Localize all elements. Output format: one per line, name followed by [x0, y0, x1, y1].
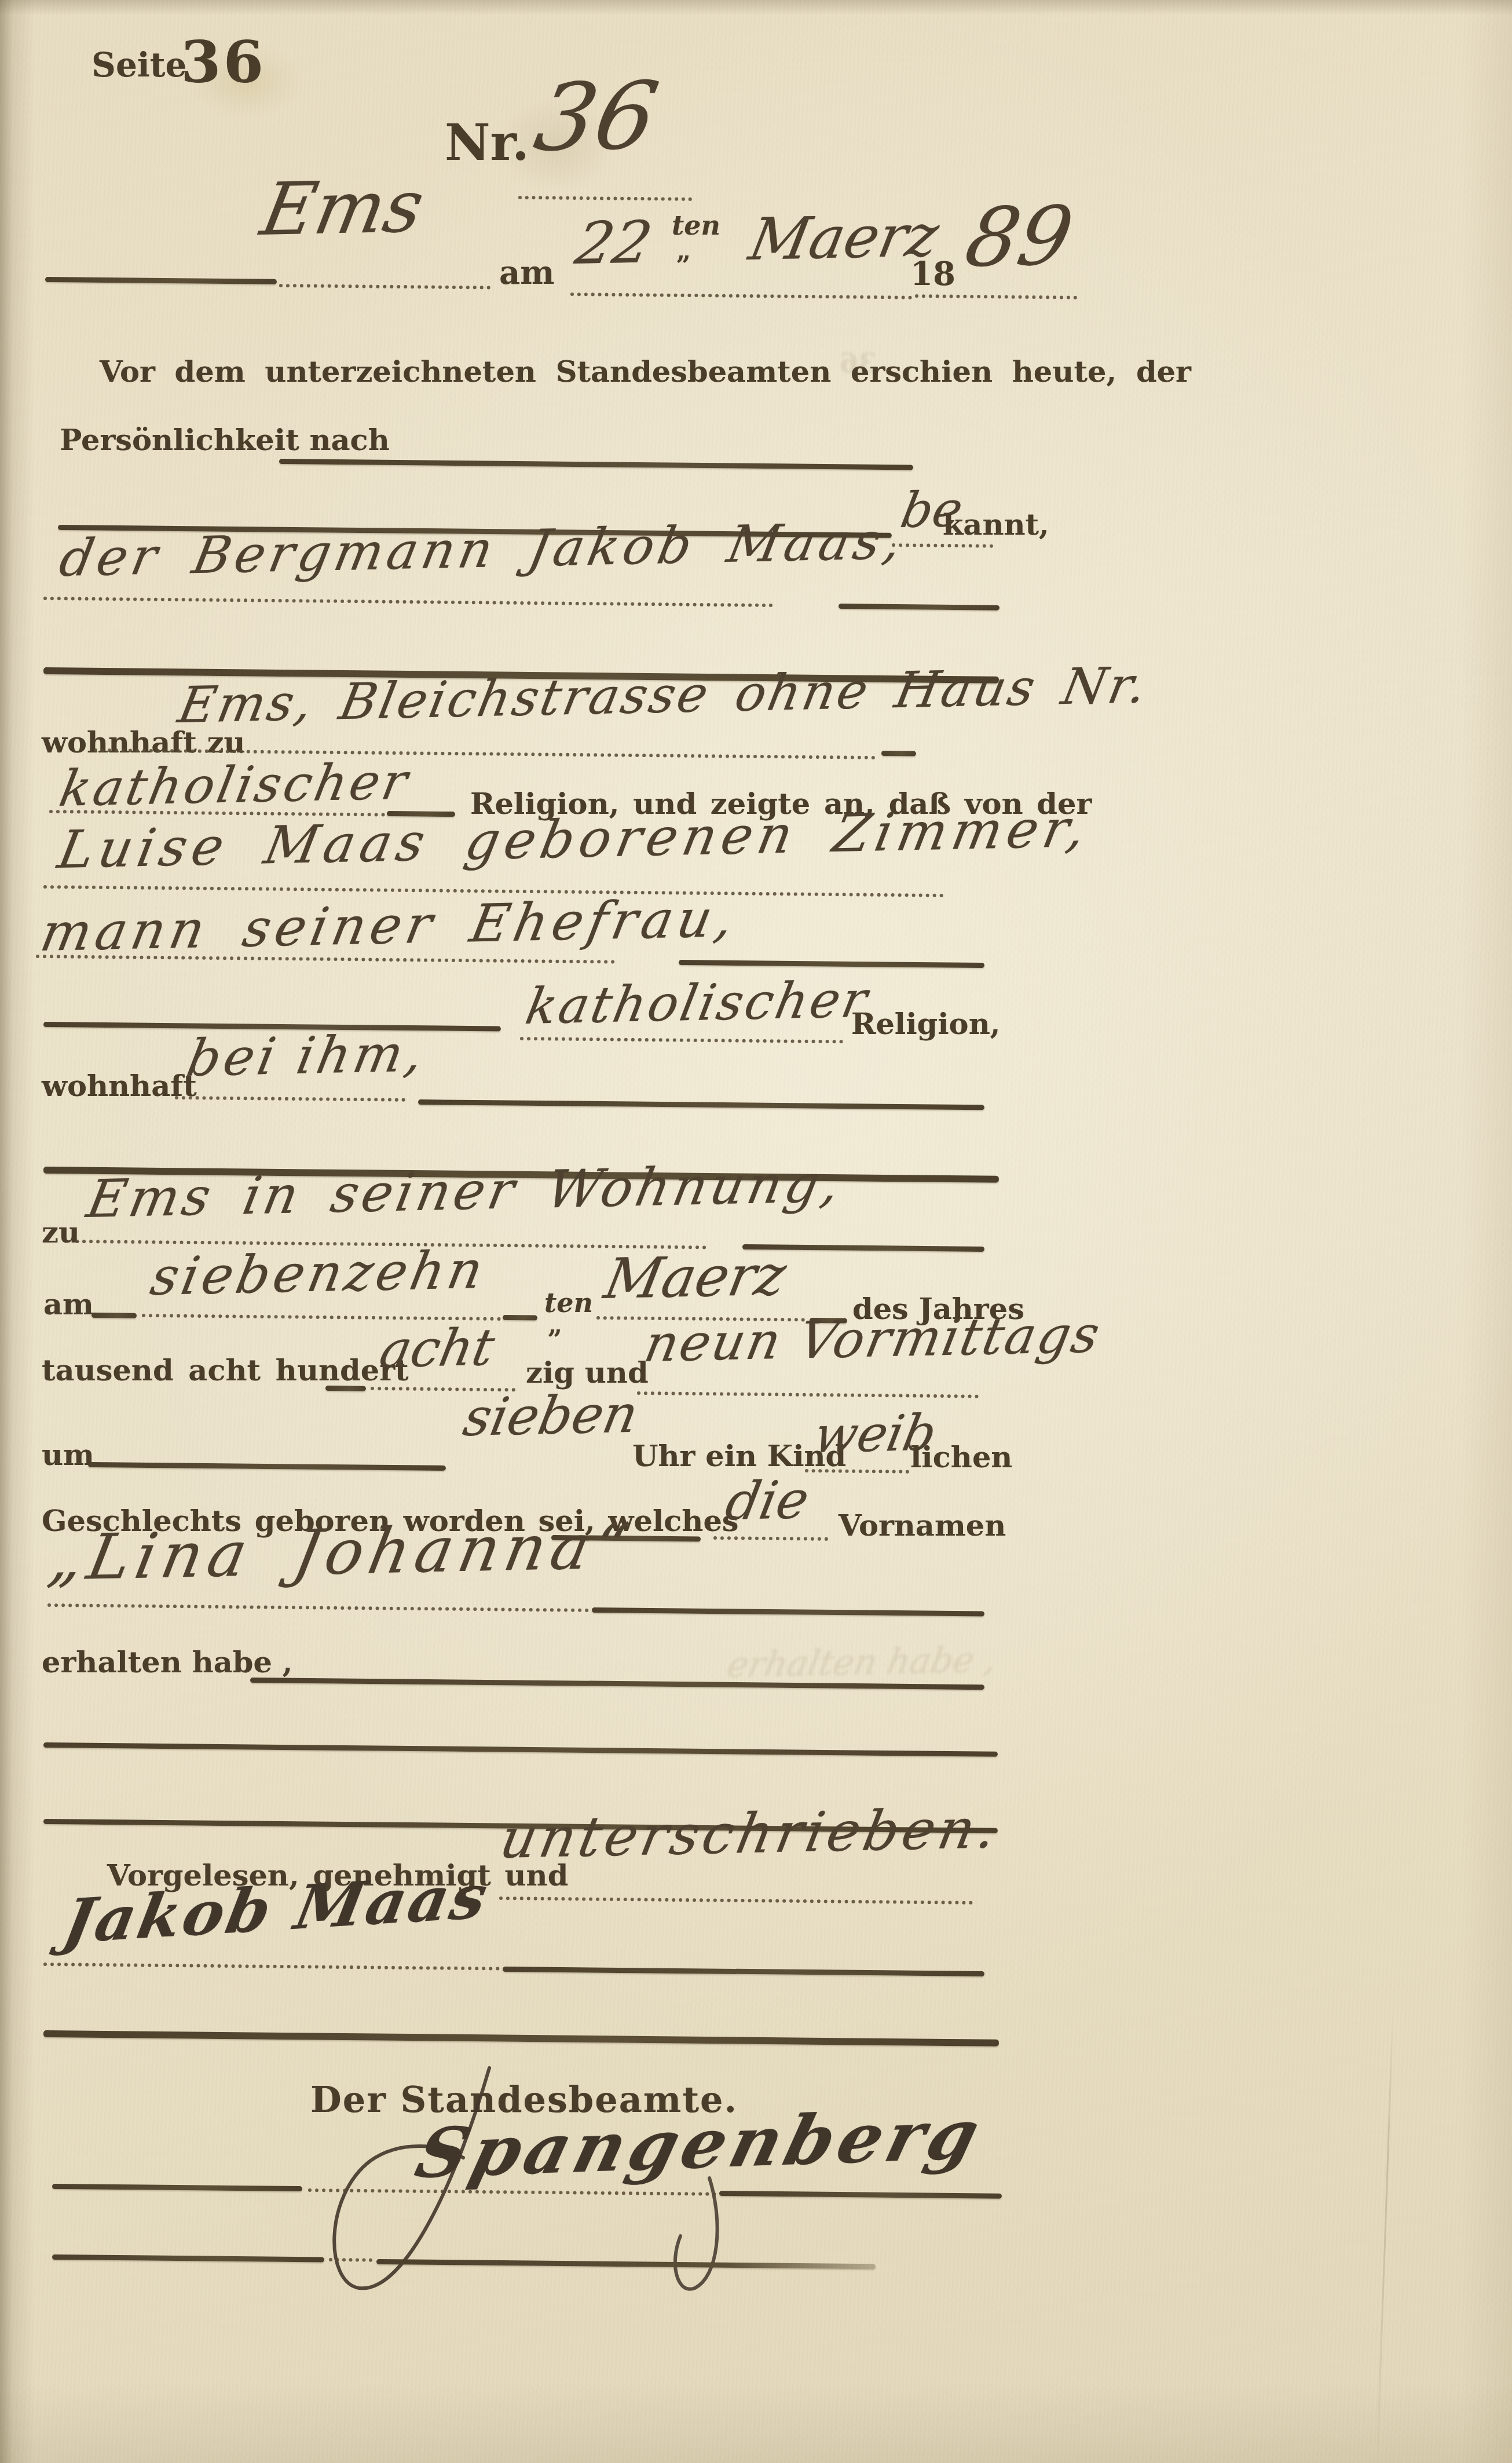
registrar-signature-flourish [0, 0, 1512, 2463]
bottom-dotted [329, 2258, 372, 2262]
registry-page: erhalten habe , 36 Seite 36 Nr. 36 Ems a… [0, 0, 1512, 2463]
